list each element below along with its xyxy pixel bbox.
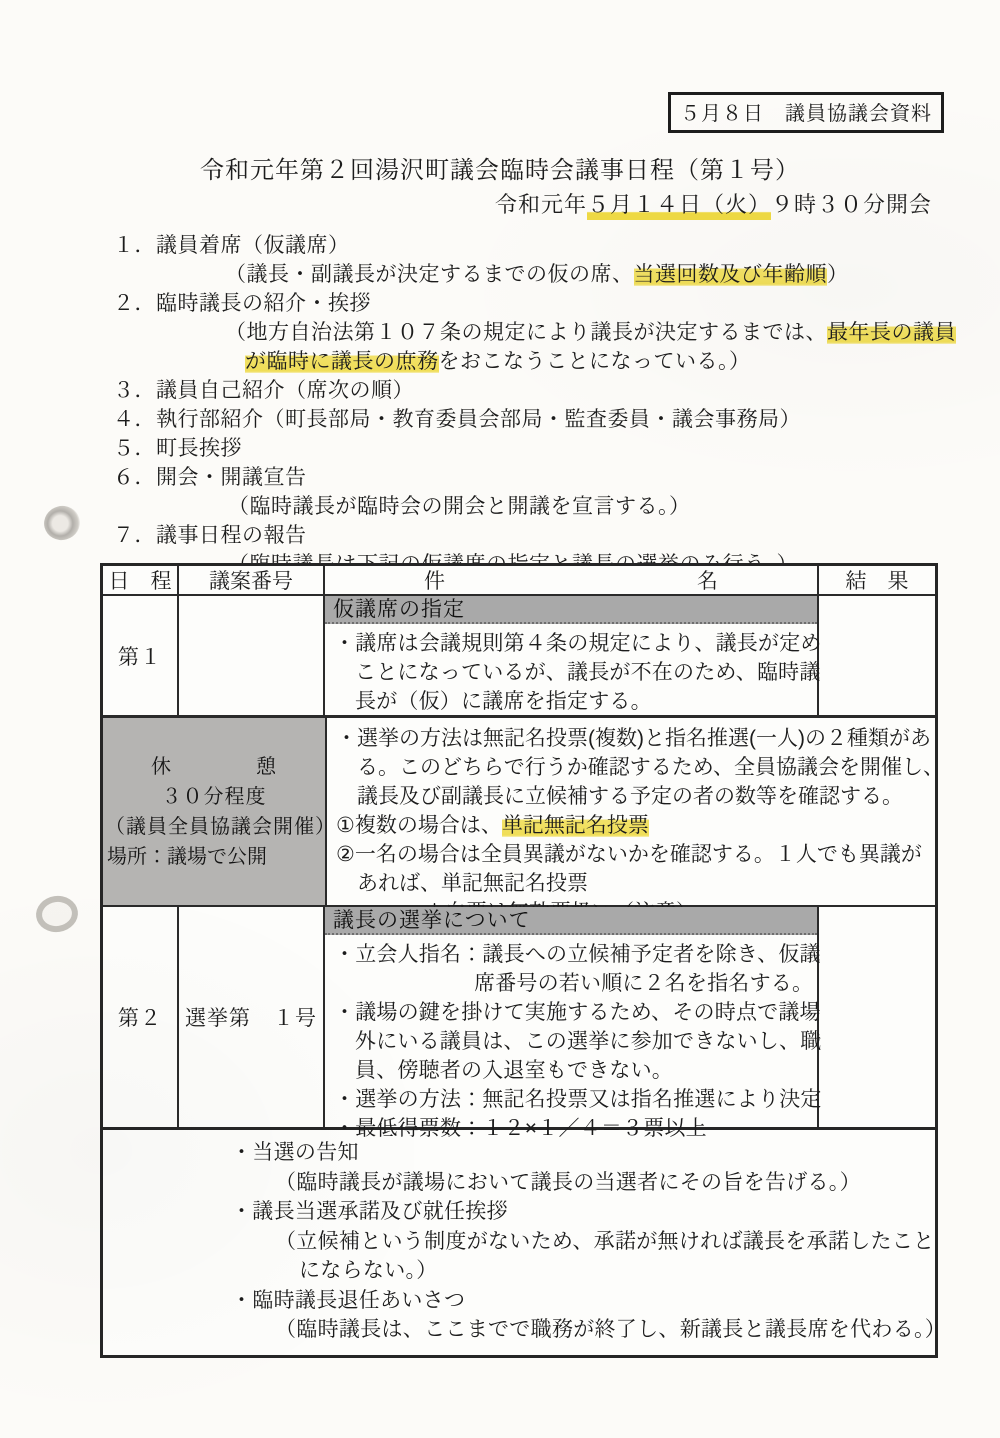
recess-meeting-note: （議員全員協議会開催） <box>105 812 323 842</box>
day1-line-3: 長が（仮）に議席を指定する。 <box>334 687 811 716</box>
agenda-item-3: ３．議員自己紹介（席次の順） <box>113 376 973 405</box>
agenda-item-1-label: 議員着席（仮議席） <box>156 234 350 257</box>
header-cell-bill-number: 議案番号 <box>179 566 325 594</box>
day1-subject-body: ・議席は会議規則第４条の規定により、議長が定め ことになっているが、議長が不在の… <box>325 624 817 716</box>
day1-subject-band: 仮議席の指定 <box>325 596 817 624</box>
day1-line-2: ことになっているが、議長が不在のため、臨時議 <box>334 658 811 687</box>
day2-subject-band: 議長の選挙について <box>325 907 817 935</box>
day2-schedule-cell: 第２ <box>103 907 179 1127</box>
agenda-item-4-label: 執行部紹介（町長部局・教育委員会部局・監査委員・議会事務局） <box>156 408 801 431</box>
header-cell-schedule: 日 程 <box>103 566 179 594</box>
scanned-agenda-page: ５月８日 議員協議会資料 令和元年第２回湯沢町議会臨時会議事日程（第１号） 令和… <box>0 0 1000 1438</box>
agenda-item-6-note: （臨時議長が臨時会の開会と開議を宣言する。） <box>228 492 973 521</box>
note-acceptance-detail-line2: にならない。） <box>299 1256 935 1286</box>
schedule-table-section: 日 程 議案番号 件 名 結 果 第１ 仮議席の指定 ・議席は会議規則第４条の規… <box>100 563 938 1358</box>
post-election-notes-box: ・当選の告知 （臨時議長が議場において議長の当選者にその旨を告げる。） ・議長当… <box>100 1130 938 1358</box>
header-cell-result: 結 果 <box>819 566 935 594</box>
agenda-item-2-note-line1: （地方自治法第１０７条の規定により議長が決定するまでは、最年長の議員 <box>225 318 973 347</box>
table-header-row: 日 程 議案番号 件 名 結 果 <box>103 566 935 596</box>
meeting-date-highlight: ５月１４日（火） <box>587 192 771 220</box>
day1-schedule-cell: 第１ <box>103 596 179 715</box>
header-cell-subject: 件 名 <box>325 566 819 594</box>
day2-result-cell <box>819 907 935 1127</box>
recess-location: 場所：議場で公開 <box>105 842 323 872</box>
day2-bill-cell: 選挙第 １号 <box>179 907 325 1127</box>
agenda-item-7-label: 議事日程の報告 <box>156 524 307 547</box>
day2-line-2: 席番号の若い順に２名を指名する。 <box>334 969 811 998</box>
agenda-item-3-label: 議員自己紹介（席次の順） <box>156 379 414 402</box>
agenda-item-7: ７．議事日程の報告 <box>113 521 973 550</box>
agenda-item-6-number: ６． <box>113 463 156 492</box>
agenda-item-1-note-text: （議長・副議長が決定するまでの仮の席、 <box>225 263 634 286</box>
day2-line-4: 外にいる議員は、この選挙に参加できないし、職 <box>334 1027 811 1056</box>
agenda-item-2-note-close: をおこなうことになっている。） <box>439 350 751 373</box>
recess-body-cell: ・選挙の方法は無記名投票(複数)と指名推選(一人)の２種類があ る。このどちらで… <box>327 718 948 905</box>
document-stamp: ５月８日 議員協議会資料 <box>668 92 944 133</box>
recess-info-cell: 休 憩 ３０分程度 （議員全員協議会開催） 場所：議場で公開 <box>103 718 327 905</box>
recess-line-4: ①複数の場合は、単記無記名投票 <box>336 811 944 840</box>
day2-line-7: ・最低得票数：１２×１／４＝３票以上 <box>334 1114 811 1143</box>
recess-line-1: ・選挙の方法は無記名投票(複数)と指名推選(一人)の２種類があ <box>336 724 944 753</box>
recess-title: 休 憩 <box>105 752 323 782</box>
meeting-start-time: ９時３０分開会 <box>771 192 932 217</box>
table-row-day1: 第１ 仮議席の指定 ・議席は会議規則第４条の規定により、議長が定め ことになって… <box>103 596 935 717</box>
schedule-table: 日 程 議案番号 件 名 結 果 第１ 仮議席の指定 ・議席は会議規則第４条の規… <box>100 563 938 1130</box>
highlighted-text-seat-order: 当選回数及び年齢順 <box>634 263 828 286</box>
agenda-item-1-note-close: ） <box>827 263 849 286</box>
meeting-datetime: 令和元年５月１４日（火）９時３０分開会 <box>495 188 932 219</box>
day2-line-6: ・選挙の方法：無記名投票又は指名推選により決定 <box>334 1085 811 1114</box>
day1-result-cell <box>819 596 935 715</box>
day2-line-5: 員、傍聴者の入退室もできない。 <box>334 1056 811 1085</box>
highlighted-text-ballot-method: 単記無記名投票 <box>502 814 649 837</box>
agenda-item-5-number: ５． <box>113 434 156 463</box>
highlighted-text-eldest-member: 最年長の議員 <box>827 321 956 344</box>
recess-line-3: 議長及び副議長に立候補する予定の者の数等を確認する。 <box>336 782 944 811</box>
meeting-datetime-era: 令和元年 <box>495 192 587 217</box>
agenda-item-2-note-text: （地方自治法第１０７条の規定により議長が決定するまでは、 <box>225 321 827 344</box>
note-acceptance-detail-line1: （立候補という制度がないため、承諾が無ければ議長を承諾したこと <box>275 1227 935 1257</box>
agenda-item-5-label: 町長挨拶 <box>156 437 242 460</box>
highlighted-text-temp-duty: が臨時に議長の庶務 <box>245 350 439 373</box>
recess-line-6: あれば、単記無記名投票 <box>336 869 944 898</box>
agenda-item-2: ２．臨時議長の紹介・挨拶 <box>113 289 973 318</box>
recess-line-4-pre: ①複数の場合は、 <box>336 814 502 837</box>
day2-subject-body: ・立会人指名：議長への立候補予定者を除き、仮議 席番号の若い順に２名を指名する。… <box>325 935 817 1143</box>
punch-hole-mark-bottom <box>34 893 81 934</box>
note-retirement-detail: （臨時議長は、ここまでで職務が終了し、新議長と議長席を代わる。） <box>275 1315 935 1345</box>
agenda-item-1: １．議員着席（仮議席） <box>113 231 973 260</box>
day2-subject-cell: 議長の選挙について ・立会人指名：議長への立候補予定者を除き、仮議 席番号の若い… <box>325 907 819 1127</box>
agenda-item-2-number: ２． <box>113 289 156 318</box>
agenda-item-1-number: １． <box>113 231 156 260</box>
agenda-item-6-label: 開会・開議宣告 <box>156 466 307 489</box>
agenda-item-1-note: （議長・副議長が決定するまでの仮の席、当選回数及び年齢順） <box>225 260 973 289</box>
agenda-item-2-label: 臨時議長の紹介・挨拶 <box>156 292 371 315</box>
day1-bill-cell <box>179 596 325 715</box>
recess-line-2: る。このどちらで行うか確認するため、全員協議会を開催し、 <box>336 753 944 782</box>
recess-line-5: ②一名の場合は全員異議がないかを確認する。１人でも異議が <box>336 840 944 869</box>
table-row-day2: 第２ 選挙第 １号 議長の選挙について ・立会人指名：議長への立候補予定者を除き… <box>103 907 935 1127</box>
note-acceptance-greeting: ・議長当選承諾及び就任挨拶 <box>231 1197 935 1227</box>
agenda-item-2-note-line2: が臨時に議長の庶務をおこなうことになっている。） <box>245 347 973 376</box>
agenda-item-7-number: ７． <box>113 521 156 550</box>
agenda-item-4-number: ４． <box>113 405 156 434</box>
agenda-item-3-number: ３． <box>113 376 156 405</box>
agenda-item-4: ４．執行部紹介（町長部局・教育委員会部局・監査委員・議会事務局） <box>113 405 973 434</box>
agenda-item-6: ６．開会・開議宣告 <box>113 463 973 492</box>
day2-line-1: ・立会人指名：議長への立候補予定者を除き、仮議 <box>334 940 811 969</box>
table-row-recess: 休 憩 ３０分程度 （議員全員協議会開催） 場所：議場で公開 ・選挙の方法は無記… <box>103 717 935 907</box>
day1-line-1: ・議席は会議規則第４条の規定により、議長が定め <box>334 629 811 658</box>
day1-subject-cell: 仮議席の指定 ・議席は会議規則第４条の規定により、議長が定め ことになっているが… <box>325 596 819 715</box>
agenda-list: １．議員着席（仮議席） （議長・副議長が決定するまでの仮の席、当選回数及び年齢順… <box>113 231 973 579</box>
page-title: 令和元年第２回湯沢町議会臨時会議事日程（第１号） <box>0 150 1000 185</box>
recess-duration: ３０分程度 <box>105 782 323 812</box>
punch-hole-mark-top <box>40 502 84 544</box>
day2-line-3: ・議場の鍵を掛けて実施するため、その時点で議場 <box>334 998 811 1027</box>
note-win-announcement-detail: （臨時議長が議場において議長の当選者にその旨を告げる。） <box>275 1168 935 1198</box>
agenda-item-5: ５．町長挨拶 <box>113 434 973 463</box>
note-retirement-greeting: ・臨時議長退任あいさつ <box>231 1286 935 1316</box>
